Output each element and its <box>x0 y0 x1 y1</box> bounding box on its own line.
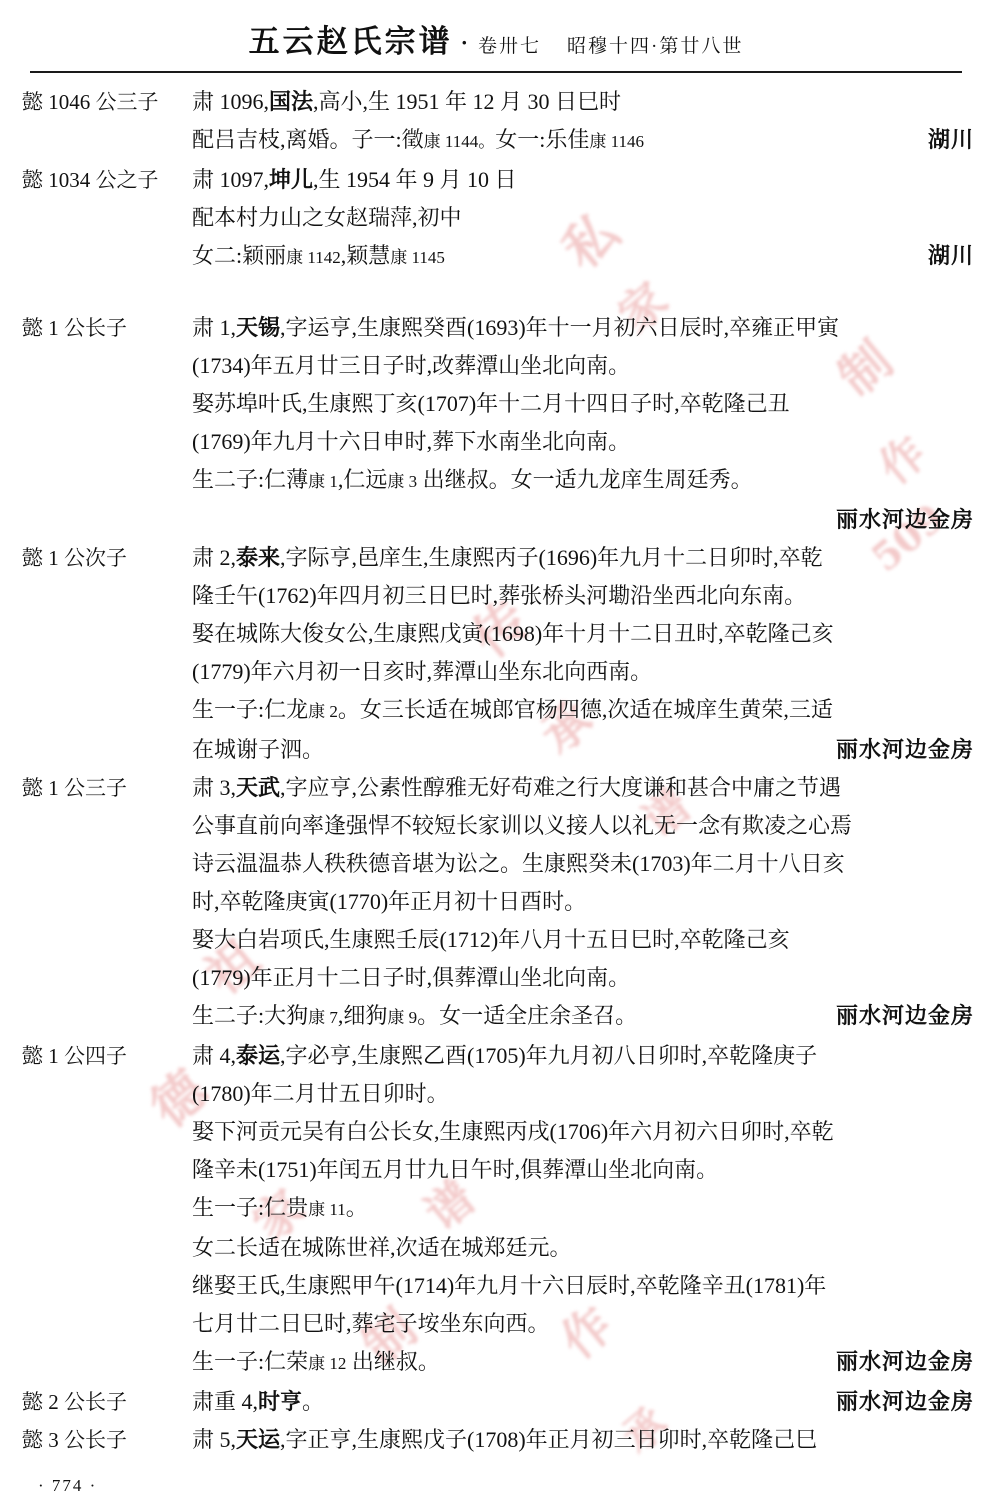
entry-text: 公事直前向率逢强悍不较短长家训以义接人以礼无一念有欺凌之心焉 <box>192 813 852 838</box>
entry-label: 懿 1 公三子 <box>0 769 192 807</box>
entry-text: 出继叔。女一适九龙庠生周廷秀。 <box>417 467 753 492</box>
entry-label: 懿 1 公长子 <box>0 309 192 347</box>
entry-text: ,高小,生 1951 年 12 月 30 日巳时 <box>313 89 621 114</box>
entry-text: 出继叔。 <box>346 1349 440 1374</box>
entry-text: 康 1 <box>308 472 338 491</box>
entry-line: 继娶王氏,生康熙甲午(1714)年九月十六日辰时,卒乾隆辛丑(1781)年 <box>192 1267 974 1305</box>
header-divider <box>30 71 962 73</box>
entry-line: (1734)年五月廿三日子时,改葬潭山坐北向南。 <box>192 347 974 385</box>
entry-row: 懿 1034 公之子肃 1097,坤儿,生 1954 年 9 月 10 日配本村… <box>0 161 992 277</box>
entry-text: 娶在城陈大俊女公,生康熙戊寅(1698)年十月十二日丑时,卒乾隆己亥 <box>192 621 834 646</box>
person-name: 坤儿 <box>269 167 313 192</box>
entry-text: 继娶王氏,生康熙甲午(1714)年九月十六日辰时,卒乾隆辛丑(1781)年 <box>192 1273 826 1298</box>
entry-content: 肃 2,泰来,字际亨,邑庠生,生康熙丙子(1696)年九月十二日卯时,卒乾隆壬午… <box>192 539 992 769</box>
entry-text: 娶苏埠叶氏,生康熙丁亥(1707)年十二月十四日子时,卒乾隆己丑 <box>192 391 790 416</box>
entry-label: 懿 1 公次子 <box>0 539 192 577</box>
book-title: 五云赵氏宗谱 <box>249 16 453 61</box>
person-name: 泰运 <box>236 1043 280 1068</box>
entry-line: 肃 1096,国法,高小,生 1951 年 12 月 30 日巳时 <box>192 83 974 121</box>
entry-text: (1769)年九月十六日申时,葬下水南坐北向南。 <box>192 429 630 454</box>
entry-text: 生一子:仁荣 <box>192 1349 308 1374</box>
entry-text: 诗云温温恭人秩秩德音堪为讼之。生康熙癸未(1703)年二月十八日亥 <box>192 851 845 876</box>
entry-text: ,生 1954 年 9 月 10 日 <box>313 167 517 192</box>
entry-text: 肃 1097, <box>192 167 269 192</box>
entry-line: 女二长适在城陈世祥,次适在城郑廷元。 <box>192 1229 974 1267</box>
entry-line: (1779)年六月初一日亥时,葬潭山坐东北向西南。 <box>192 653 974 691</box>
entry-row: 懿 1 公次子肃 2,泰来,字际亨,邑庠生,生康熙丙子(1696)年九月十二日卯… <box>0 539 992 769</box>
entry-row: 懿 1 公长子肃 1,天锡,字运亨,生康熙癸酉(1693)年十一月初六日辰时,卒… <box>0 309 992 539</box>
entry-text: (1780)年二月廿五日卯时。 <box>192 1081 449 1106</box>
entry-line: 丽水河边金房肃重 4,时亨。 <box>192 1383 974 1421</box>
entry-text: 女一:乐佳 <box>495 127 589 152</box>
entry-line: 隆壬午(1762)年四月初三日巳时,葬张桥头河墈沿坐西北向东南。 <box>192 577 974 615</box>
entry-text: 康 1144。 <box>424 132 496 151</box>
entry-line: 娶下河贡元吴有白公长女,生康熙丙戌(1706)年六月初六日卯时,卒乾 <box>192 1113 974 1151</box>
entry-text: 肃 1, <box>192 315 236 340</box>
branch-tag: 丽水河边金房 <box>836 731 974 769</box>
entry-text: ,字际亨,邑庠生,生康熙丙子(1696)年九月十二日卯时,卒乾 <box>280 545 823 570</box>
branch-tag: 丽水河边金房 <box>836 1343 974 1381</box>
entry-content: 丽水河边金房肃重 4,时亨。 <box>192 1383 992 1421</box>
branch-tag: 湖川 <box>928 237 974 275</box>
person-name: 国法 <box>269 89 313 114</box>
entry-text: 七月廿二日巳时,葬宅子垵坐东向西。 <box>192 1311 550 1336</box>
entry-line: 肃 2,泰来,字际亨,邑庠生,生康熙丙子(1696)年九月十二日卯时,卒乾 <box>192 539 974 577</box>
entry-text: 生一子:仁贵 <box>192 1195 308 1220</box>
page-number: · 774 · <box>38 1476 97 1496</box>
genealogy-body: 懿 1046 公三子肃 1096,国法,高小,生 1951 年 12 月 30 … <box>0 83 992 1459</box>
entry-line: 生二子:仁薄康 1,仁远康 3 出继叔。女一适九龙庠生周廷秀。 <box>192 461 974 501</box>
entry-text: ,细狗 <box>338 1003 388 1028</box>
entry-row: 懿 3 公长子肃 5,天运,字正亨,生康熙戊子(1708)年正月初三日卯时,卒乾… <box>0 1421 992 1459</box>
entry-text: ,字应亨,公素性醇雅无好苟难之行大度谦和甚合中庸之节遇 <box>280 775 841 800</box>
entry-line: 公事直前向率逢强悍不较短长家训以义接人以礼无一念有欺凌之心焉 <box>192 807 974 845</box>
entry-line: 丽水河边金房生一子:仁荣康 12 出继叔。 <box>192 1343 974 1383</box>
entry-text: 在城谢子泗。 <box>192 737 324 762</box>
entry-line: 生一子:仁贵康 11。 <box>192 1189 974 1229</box>
entry-text: (1734)年五月廿三日子时,改葬潭山坐北向南。 <box>192 353 630 378</box>
branch-tag: 湖川 <box>928 121 974 159</box>
entry-text: 隆壬午(1762)年四月初三日巳时,葬张桥头河墈沿坐西北向东南。 <box>192 583 806 608</box>
entry-row: 懿 1 公三子肃 3,天武,字应亨,公素性醇雅无好苟难之行大度谦和甚合中庸之节遇… <box>0 769 992 1037</box>
entry-line: 丽水河边金房 <box>192 501 974 539</box>
entry-label: 懿 3 公长子 <box>0 1421 192 1459</box>
entry-content: 肃 1097,坤儿,生 1954 年 9 月 10 日配本村力山之女赵瑞萍,初中… <box>192 161 992 277</box>
entry-row: 懿 2 公长子丽水河边金房肃重 4,时亨。 <box>0 1383 992 1421</box>
entry-text: 配吕吉枝,离婚。子一:徵 <box>192 127 424 152</box>
entry-text: ,字运亨,生康熙癸酉(1693)年十一月初六日辰时,卒雍正甲寅 <box>280 315 839 340</box>
entry-text: ,颖慧 <box>341 243 391 268</box>
entry-line: 配本村力山之女赵瑞萍,初中 <box>192 199 974 237</box>
entry-text: 康 11 <box>308 1200 346 1219</box>
entry-line: 生一子:仁龙康 2。女三长适在城郎官杨四德,次适在城庠生黄荣,三适 <box>192 691 974 731</box>
entry-line: 娶苏埠叶氏,生康熙丁亥(1707)年十二月十四日子时,卒乾隆己丑 <box>192 385 974 423</box>
entry-text: ,仁远 <box>338 467 388 492</box>
person-name: 天锡 <box>236 315 280 340</box>
entry-line: 丽水河边金房在城谢子泗。 <box>192 731 974 769</box>
entry-text: 生一子:仁龙 <box>192 697 308 722</box>
genealogy-page: 私家制作509传承谱祖德家谱制作承 五云赵氏宗谱·卷卅七昭穆十四·第廿八世 懿 … <box>0 0 992 1512</box>
entry-line: 诗云温温恭人秩秩德音堪为讼之。生康熙癸未(1703)年二月十八日亥 <box>192 845 974 883</box>
page-header: 五云赵氏宗谱·卷卅七昭穆十四·第廿八世 <box>0 0 992 61</box>
entry-text: 。 <box>346 1195 368 1220</box>
entry-line: 肃 1097,坤儿,生 1954 年 9 月 10 日 <box>192 161 974 199</box>
entry-text: 生二子:大狗 <box>192 1003 308 1028</box>
entry-line: 湖川配吕吉枝,离婚。子一:徵康 1144。女一:乐佳康 1146 <box>192 121 974 161</box>
entry-text: ,字必亨,生康熙乙酉(1705)年九月初八日卯时,卒乾隆庚子 <box>280 1043 817 1068</box>
entry-text: 康 2 <box>308 702 338 721</box>
entry-text: 女二:颖丽 <box>192 243 286 268</box>
branch-tag: 丽水河边金房 <box>836 997 974 1035</box>
entry-content: 肃 5,天运,字正亨,生康熙戊子(1708)年正月初三日卯时,卒乾隆己巳 <box>192 1421 992 1459</box>
person-name: 时亨 <box>258 1389 302 1414</box>
volume-label: 卷卅七 <box>478 31 541 58</box>
entry-row: 懿 1046 公三子肃 1096,国法,高小,生 1951 年 12 月 30 … <box>0 83 992 161</box>
entry-label: 懿 1 公四子 <box>0 1037 192 1075</box>
entry-label: 懿 1034 公之子 <box>0 161 192 199</box>
entry-text: 康 1145 <box>390 248 445 267</box>
entry-text: 肃 2, <box>192 545 236 570</box>
entry-text: 康 1146 <box>589 132 644 151</box>
title-separator-dot: · <box>461 30 468 56</box>
entry-text: 。女一适全庄余圣召。 <box>417 1003 637 1028</box>
entry-text: 肃 5, <box>192 1427 236 1452</box>
entry-text: 肃 1096, <box>192 89 269 114</box>
entry-text: 女二长适在城陈世祥,次适在城郑廷元。 <box>192 1235 572 1260</box>
entry-line: 时,卒乾隆庚寅(1770)年正月初十日酉时。 <box>192 883 974 921</box>
entry-text: (1779)年正月十二日子时,俱葬潭山坐北向南。 <box>192 965 630 990</box>
entry-text: 娶下河贡元吴有白公长女,生康熙丙戌(1706)年六月初六日卯时,卒乾 <box>192 1119 834 1144</box>
entry-text: ,字正亨,生康熙戊子(1708)年正月初三日卯时,卒乾隆己巳 <box>280 1427 817 1452</box>
entry-line: 肃 3,天武,字应亨,公素性醇雅无好苟难之行大度谦和甚合中庸之节遇 <box>192 769 974 807</box>
entry-text: 。 <box>302 1389 324 1414</box>
entry-text: 康 3 <box>387 472 417 491</box>
entry-text: 康 9 <box>387 1008 417 1027</box>
entry-line: 肃 5,天运,字正亨,生康熙戊子(1708)年正月初三日卯时,卒乾隆己巳 <box>192 1421 974 1459</box>
branch-tag: 丽水河边金房 <box>836 1383 974 1421</box>
entry-text: 肃 3, <box>192 775 236 800</box>
entry-content: 肃 4,泰运,字必亨,生康熙乙酉(1705)年九月初八日卯时,卒乾隆庚子(178… <box>192 1037 992 1383</box>
entry-text: 康 1142 <box>286 248 341 267</box>
entry-line: (1779)年正月十二日子时,俱葬潭山坐北向南。 <box>192 959 974 997</box>
entry-line: (1780)年二月廿五日卯时。 <box>192 1075 974 1113</box>
person-name: 泰来 <box>236 545 280 570</box>
entry-label: 懿 2 公长子 <box>0 1383 192 1421</box>
entry-content: 肃 1,天锡,字运亨,生康熙癸酉(1693)年十一月初六日辰时,卒雍正甲寅(17… <box>192 309 992 539</box>
entry-row: 懿 1 公四子肃 4,泰运,字必亨,生康熙乙酉(1705)年九月初八日卯时,卒乾… <box>0 1037 992 1383</box>
entry-line: 湖川女二:颖丽康 1142,颖慧康 1145 <box>192 237 974 277</box>
entry-text: 肃重 4, <box>192 1389 258 1414</box>
entry-line: 肃 1,天锡,字运亨,生康熙癸酉(1693)年十一月初六日辰时,卒雍正甲寅 <box>192 309 974 347</box>
branch-tag: 丽水河边金房 <box>836 501 974 539</box>
entry-line: (1769)年九月十六日申时,葬下水南坐北向南。 <box>192 423 974 461</box>
entry-text: (1779)年六月初一日亥时,葬潭山坐东北向西南。 <box>192 659 652 684</box>
entry-line: 娶在城陈大俊女公,生康熙戊寅(1698)年十月十二日丑时,卒乾隆己亥 <box>192 615 974 653</box>
entry-content: 肃 3,天武,字应亨,公素性醇雅无好苟难之行大度谦和甚合中庸之节遇公事直前向率逢… <box>192 769 992 1037</box>
entry-line: 隆辛未(1751)年闰五月廿九日午时,俱葬潭山坐北向南。 <box>192 1151 974 1189</box>
entry-line: 娶大白岩项氏,生康熙壬辰(1712)年八月十五日巳时,卒乾隆己亥 <box>192 921 974 959</box>
entry-text: 肃 4, <box>192 1043 236 1068</box>
entry-text: 隆辛未(1751)年闰五月廿九日午时,俱葬潭山坐北向南。 <box>192 1157 718 1182</box>
entry-text: 娶大白岩项氏,生康熙壬辰(1712)年八月十五日巳时,卒乾隆己亥 <box>192 927 790 952</box>
entry-text: 康 7 <box>308 1008 338 1027</box>
entry-text: 生二子:仁薄 <box>192 467 308 492</box>
entry-line: 七月廿二日巳时,葬宅子垵坐东向西。 <box>192 1305 974 1343</box>
person-name: 天运 <box>236 1427 280 1452</box>
entry-text: 康 12 <box>308 1354 346 1373</box>
entry-label: 懿 1046 公三子 <box>0 83 192 121</box>
section-label: 昭穆十四·第廿八世 <box>567 31 743 58</box>
entry-text: 配本村力山之女赵瑞萍,初中 <box>192 205 462 230</box>
entry-line: 丽水河边金房生二子:大狗康 7,细狗康 9。女一适全庄余圣召。 <box>192 997 974 1037</box>
entry-text: 时,卒乾隆庚寅(1770)年正月初十日酉时。 <box>192 889 586 914</box>
entry-line: 肃 4,泰运,字必亨,生康熙乙酉(1705)年九月初八日卯时,卒乾隆庚子 <box>192 1037 974 1075</box>
entry-text: 。女三长适在城郎官杨四德,次适在城庠生黄荣,三适 <box>338 697 833 722</box>
person-name: 天武 <box>236 775 280 800</box>
entry-content: 肃 1096,国法,高小,生 1951 年 12 月 30 日巳时湖川配吕吉枝,… <box>192 83 992 161</box>
